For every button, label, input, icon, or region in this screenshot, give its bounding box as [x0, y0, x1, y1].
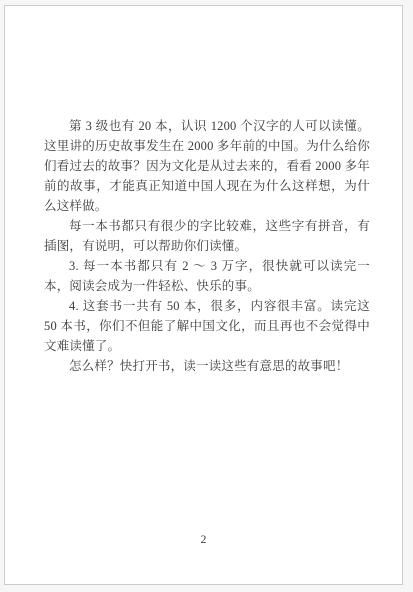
- paragraph-item-3: 3. 每一本书都只有 2 ～ 3 万字，很快就可以读完一本，阅读会成为一件轻松、…: [44, 256, 370, 296]
- document-page: 第 3 级也有 20 本，认识 1200 个汉字的人可以读懂。这里讲的历史故事发…: [4, 5, 403, 585]
- paragraph-difficult-words: 每一本书都只有很少的字比较难，这些字有拼音，有插图，有说明，可以帮助你们读懂。: [44, 216, 370, 256]
- page-body-text: 第 3 级也有 20 本，认识 1200 个汉字的人可以读懂。这里讲的历史故事发…: [44, 116, 370, 376]
- paragraph-level3-intro: 第 3 级也有 20 本，认识 1200 个汉字的人可以读懂。这里讲的历史故事发…: [44, 116, 370, 216]
- page-number: 2: [5, 534, 402, 546]
- paragraph-item-4: 4. 这套书一共有 50 本，很多，内容很丰富。读完这 50 本书，你们不但能了…: [44, 296, 370, 356]
- paragraph-closing: 怎么样？快打开书，读一读这些有意思的故事吧！: [44, 356, 370, 376]
